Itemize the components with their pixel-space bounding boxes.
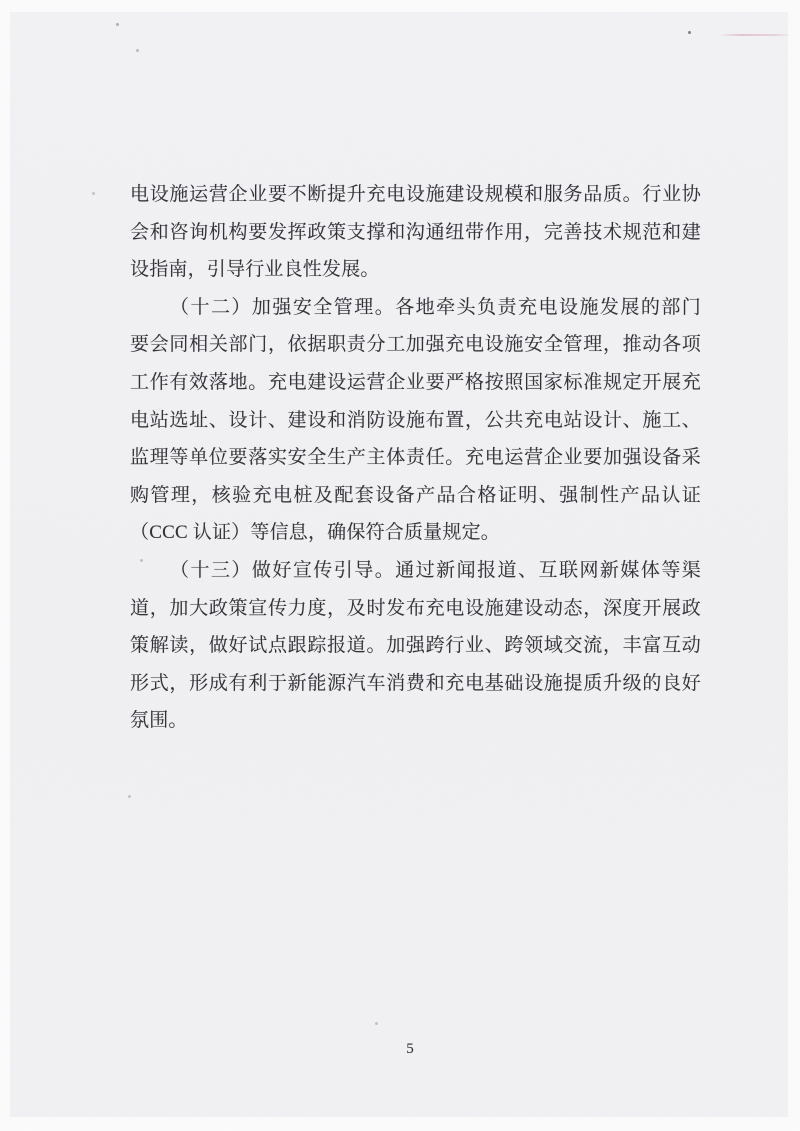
text-line: 会和咨询机构要发挥政策支撑和沟通纽带作用，完善技术规范和建 bbox=[130, 214, 701, 252]
page-number: 5 bbox=[10, 1041, 800, 1058]
text-line: （CCC 认证）等信息，确保符合质量规定。 bbox=[130, 514, 701, 552]
text-line: 氛围。 bbox=[130, 702, 701, 740]
text-line: 形式，形成有利于新能源汽车消费和充电基础设施提质升级的良好 bbox=[130, 665, 701, 703]
text-line: 工作有效落地。充电建设运营企业要严格按照国家标准规定开展充 bbox=[130, 364, 701, 402]
text-line: 策解读，做好试点跟踪报道。加强跨行业、跨领域交流，丰富互动 bbox=[130, 627, 701, 665]
text-line: （十三）做好宣传引导。通过新闻报道、互联网新媒体等渠 bbox=[130, 552, 701, 590]
paragraph: （十三）做好宣传引导。通过新闻报道、互联网新媒体等渠道，加大政策宣传力度，及时发… bbox=[130, 552, 701, 740]
text-line: 道，加大政策宣传力度，及时发布充电设施建设动态，深度开展政 bbox=[130, 590, 701, 628]
text-line: 电站选址、设计、建设和消防设施布置，公共充电站设计、施工、 bbox=[130, 402, 701, 440]
scan-speck bbox=[375, 1022, 378, 1025]
scan-artifact-pink-line bbox=[719, 34, 791, 36]
paragraph: 电设施运营企业要不断提升充电设施建设规模和服务品质。行业协会和咨询机构要发挥政策… bbox=[130, 176, 701, 289]
scanned-page: 电设施运营企业要不断提升充电设施建设规模和服务品质。行业协会和咨询机构要发挥政策… bbox=[10, 12, 788, 1117]
text-line: 要会同相关部门，依据职责分工加强充电设施安全管理，推动各项 bbox=[130, 326, 701, 364]
paragraph: （十二）加强安全管理。各地牵头负责充电设施发展的部门要会同相关部门，依据职责分工… bbox=[130, 289, 701, 552]
scan-speck bbox=[140, 559, 143, 562]
scan-speck bbox=[136, 49, 139, 52]
text-line: 电设施运营企业要不断提升充电设施建设规模和服务品质。行业协 bbox=[130, 176, 701, 214]
text-line: 购管理，核验充电桩及配套设备产品合格证明、强制性产品认证 bbox=[130, 477, 701, 515]
scan-speck bbox=[116, 23, 119, 26]
scan-speck bbox=[92, 192, 95, 195]
text-line: 监理等单位要落实安全生产主体责任。充电运营企业要加强设备采 bbox=[130, 439, 701, 477]
text-line: （十二）加强安全管理。各地牵头负责充电设施发展的部门 bbox=[130, 289, 701, 327]
text-line: 设指南，引导行业良性发展。 bbox=[130, 251, 701, 289]
scan-speck bbox=[128, 795, 131, 798]
document-body: 电设施运营企业要不断提升充电设施建设规模和服务品质。行业协会和咨询机构要发挥政策… bbox=[130, 176, 701, 740]
scan-speck bbox=[688, 31, 691, 34]
